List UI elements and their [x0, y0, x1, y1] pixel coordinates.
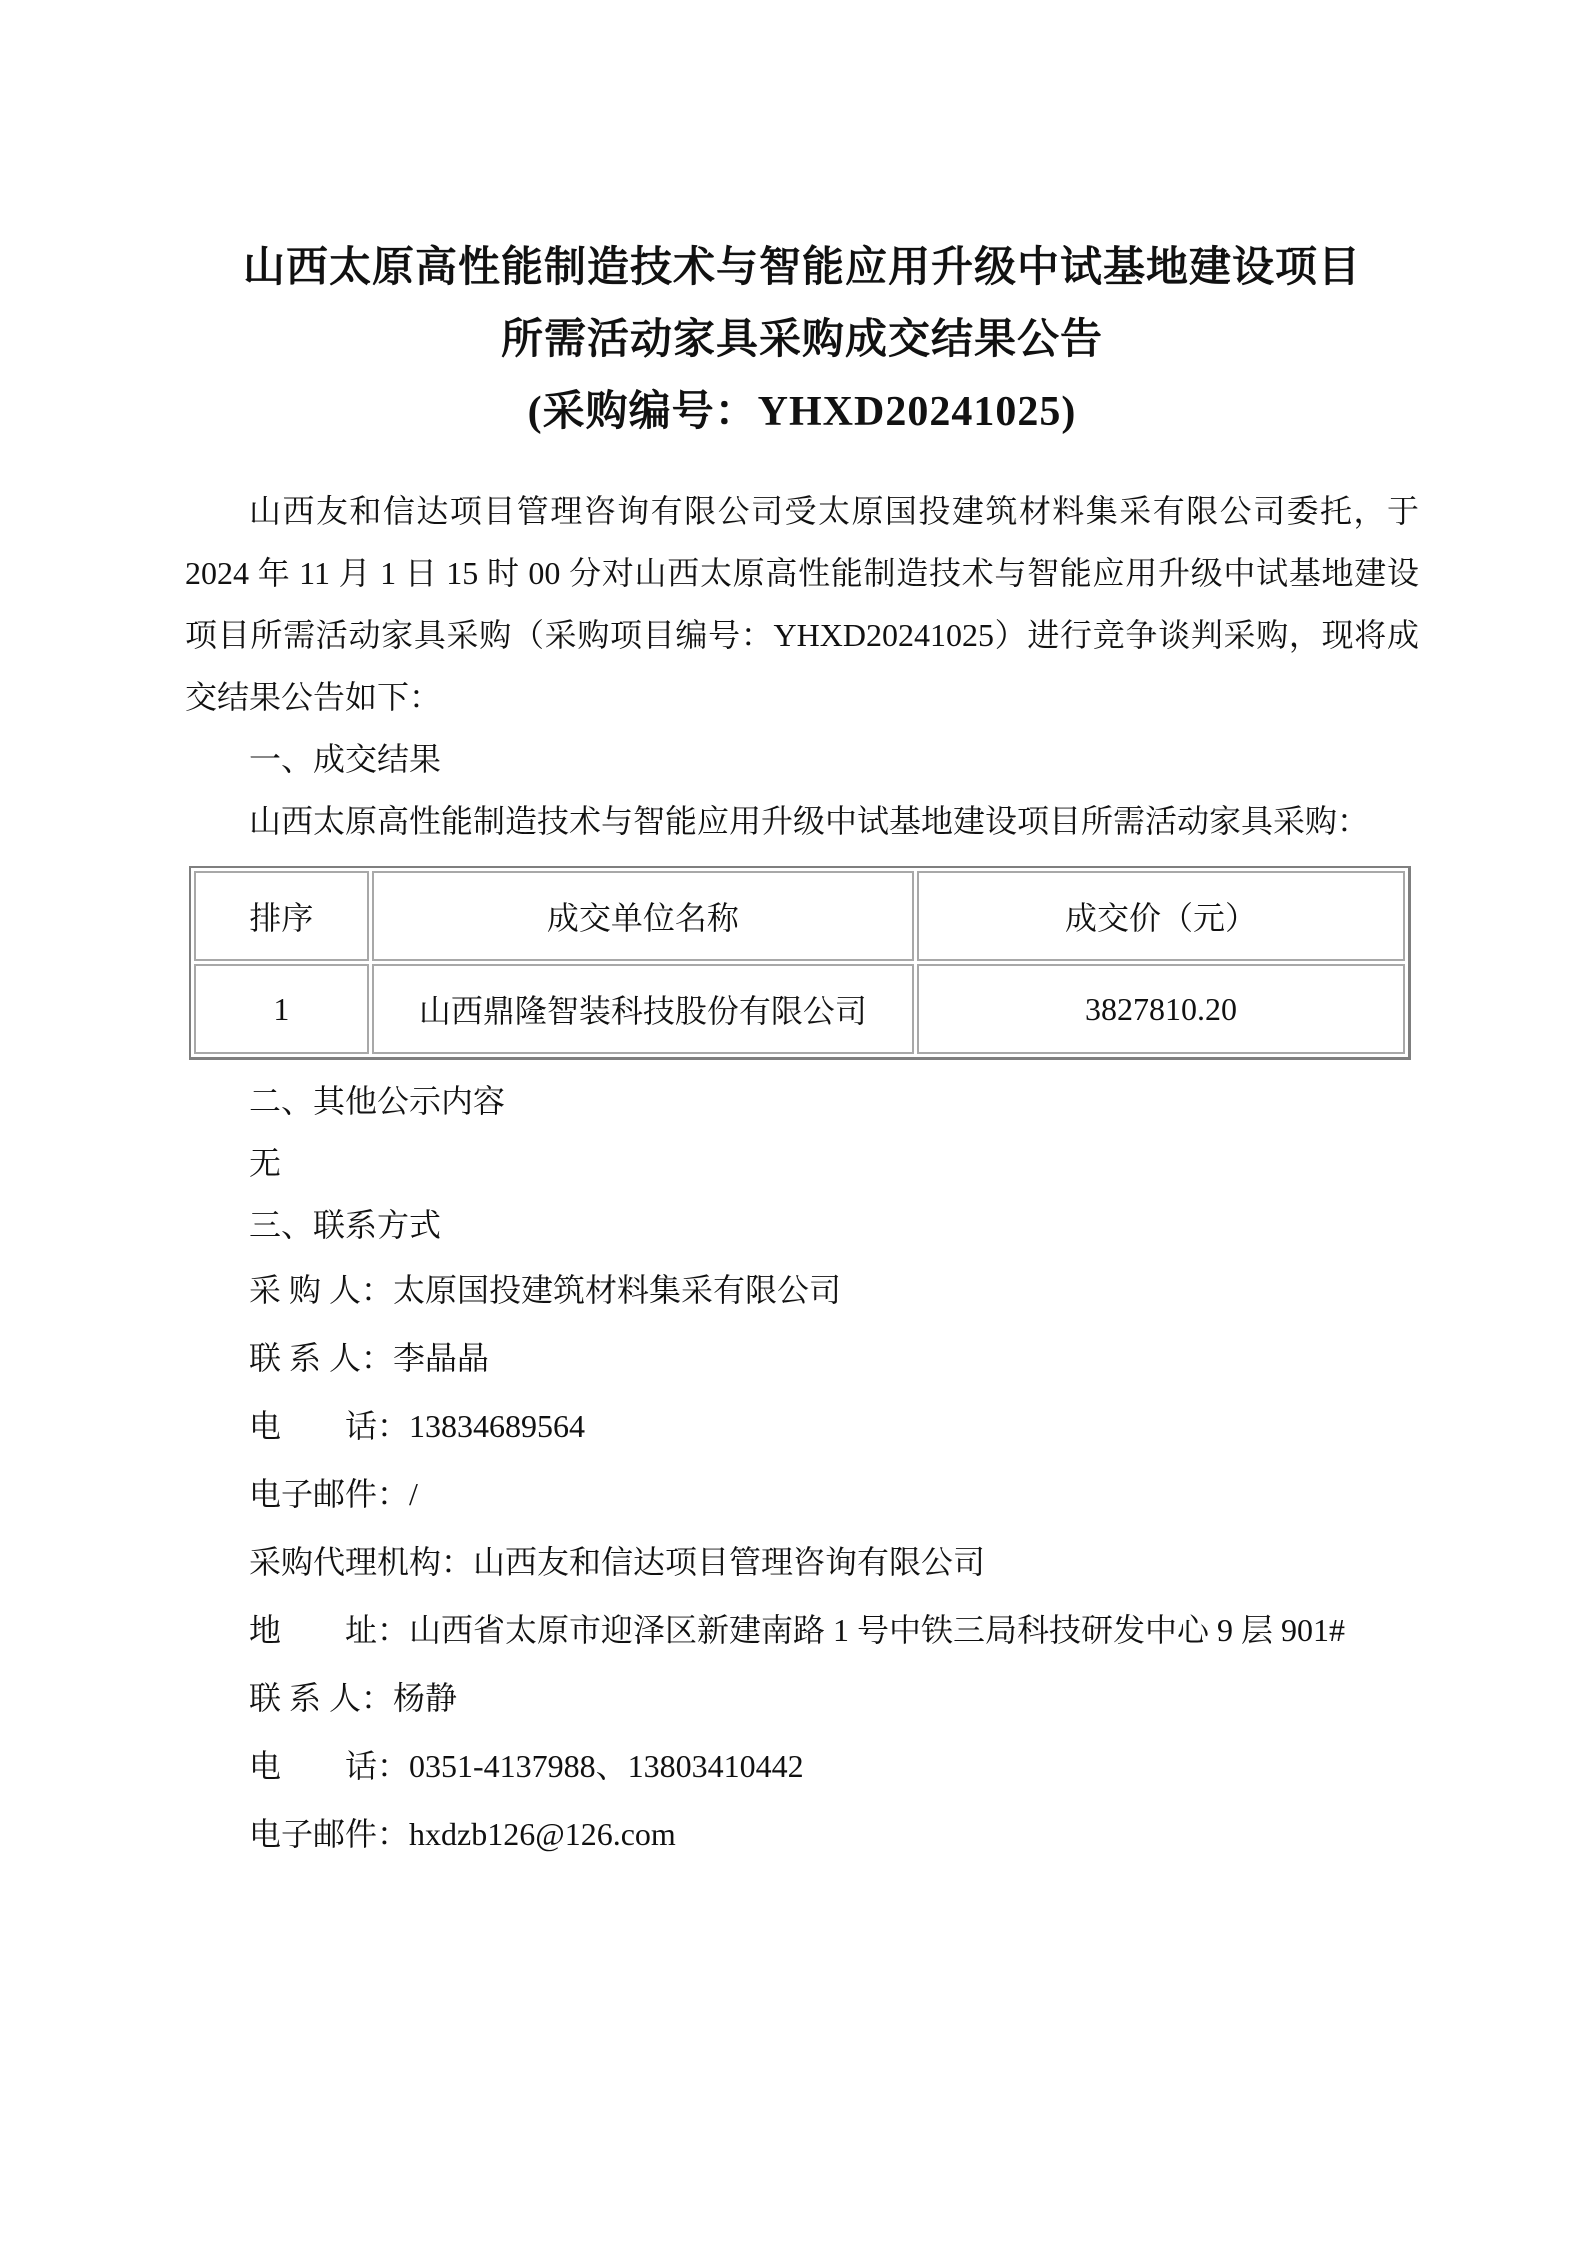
- contact-label: 电 话：: [249, 1748, 409, 1784]
- contact-value: hxdzb126@126.com: [409, 1816, 676, 1852]
- header-cell-rank: 排序: [194, 871, 369, 961]
- contact-line-buyer-phone: 电 话：13834689564: [185, 1392, 1419, 1460]
- contact-label: 联 系 人：: [249, 1680, 393, 1716]
- document-page: 山西太原高性能制造技术与智能应用升级中试基地建设项目 所需活动家具采购成交结果公…: [0, 0, 1587, 2245]
- contact-line-agency-phone: 电 话：0351-4137988、13803410442: [185, 1732, 1419, 1800]
- contact-label: 采 购 人：: [249, 1272, 393, 1308]
- section-2-content: 无: [185, 1132, 1419, 1194]
- result-table: 排序 成交单位名称 成交价（元） 1 山西鼎隆智装科技股份有限公司 382781…: [189, 866, 1411, 1060]
- contact-line-agency: 采购代理机构：山西友和信达项目管理咨询有限公司: [185, 1528, 1419, 1596]
- contact-label: 电 话：: [249, 1408, 409, 1444]
- intro-paragraph: 山西友和信达项目管理咨询有限公司受太原国投建筑材料集采有限公司委托，于 2024…: [185, 480, 1419, 728]
- result-table-header-row: 排序 成交单位名称 成交价（元）: [194, 871, 1405, 961]
- cell-supplier: 山西鼎隆智装科技股份有限公司: [372, 964, 914, 1054]
- contact-line-buyer: 采 购 人：太原国投建筑材料集采有限公司: [185, 1256, 1419, 1324]
- contact-value: 0351-4137988、13803410442: [409, 1748, 804, 1784]
- contact-value: 李晶晶: [393, 1340, 489, 1376]
- cell-rank: 1: [194, 964, 369, 1054]
- header-cell-price: 成交价（元）: [917, 871, 1405, 961]
- title-line-3: (采购编号：YHXD20241025): [185, 376, 1419, 448]
- contact-label: 采购代理机构：: [249, 1544, 473, 1580]
- contact-value: /: [409, 1476, 418, 1512]
- contact-value: 山西友和信达项目管理咨询有限公司: [473, 1544, 985, 1580]
- contact-line-agency-email: 电子邮件：hxdzb126@126.com: [185, 1800, 1419, 1868]
- contact-value: 13834689564: [409, 1408, 585, 1444]
- contact-label: 联 系 人：: [249, 1340, 393, 1376]
- header-cell-supplier: 成交单位名称: [372, 871, 914, 961]
- contact-line-buyer-email: 电子邮件：/: [185, 1460, 1419, 1528]
- contact-line-buyer-contact: 联 系 人：李晶晶: [185, 1324, 1419, 1392]
- contact-value: 山西省太原市迎泽区新建南路 1 号中铁三局科技研发中心 9 层 901#: [409, 1612, 1345, 1648]
- contact-label: 电子邮件：: [249, 1816, 409, 1852]
- result-lead: 山西太原高性能制造技术与智能应用升级中试基地建设项目所需活动家具采购：: [185, 790, 1419, 852]
- contact-label: 电子邮件：: [249, 1476, 409, 1512]
- contact-line-agency-contact: 联 系 人：杨静: [185, 1664, 1419, 1732]
- title-line-2: 所需活动家具采购成交结果公告: [185, 304, 1419, 376]
- contact-label: 地 址：: [249, 1612, 409, 1648]
- contact-value: 杨静: [393, 1680, 457, 1716]
- cell-price: 3827810.20: [917, 964, 1405, 1054]
- table-row: 1 山西鼎隆智装科技股份有限公司 3827810.20: [194, 964, 1405, 1054]
- page-title: 山西太原高性能制造技术与智能应用升级中试基地建设项目 所需活动家具采购成交结果公…: [185, 232, 1419, 448]
- section-3-heading: 三、联系方式: [185, 1194, 1419, 1256]
- contact-line-agency-address: 地 址：山西省太原市迎泽区新建南路 1 号中铁三局科技研发中心 9 层 901#: [185, 1596, 1419, 1664]
- contact-value: 太原国投建筑材料集采有限公司: [393, 1272, 841, 1308]
- section-1-heading: 一、成交结果: [185, 728, 1419, 790]
- section-2-heading: 二、其他公示内容: [185, 1070, 1419, 1132]
- title-line-1: 山西太原高性能制造技术与智能应用升级中试基地建设项目: [185, 232, 1419, 304]
